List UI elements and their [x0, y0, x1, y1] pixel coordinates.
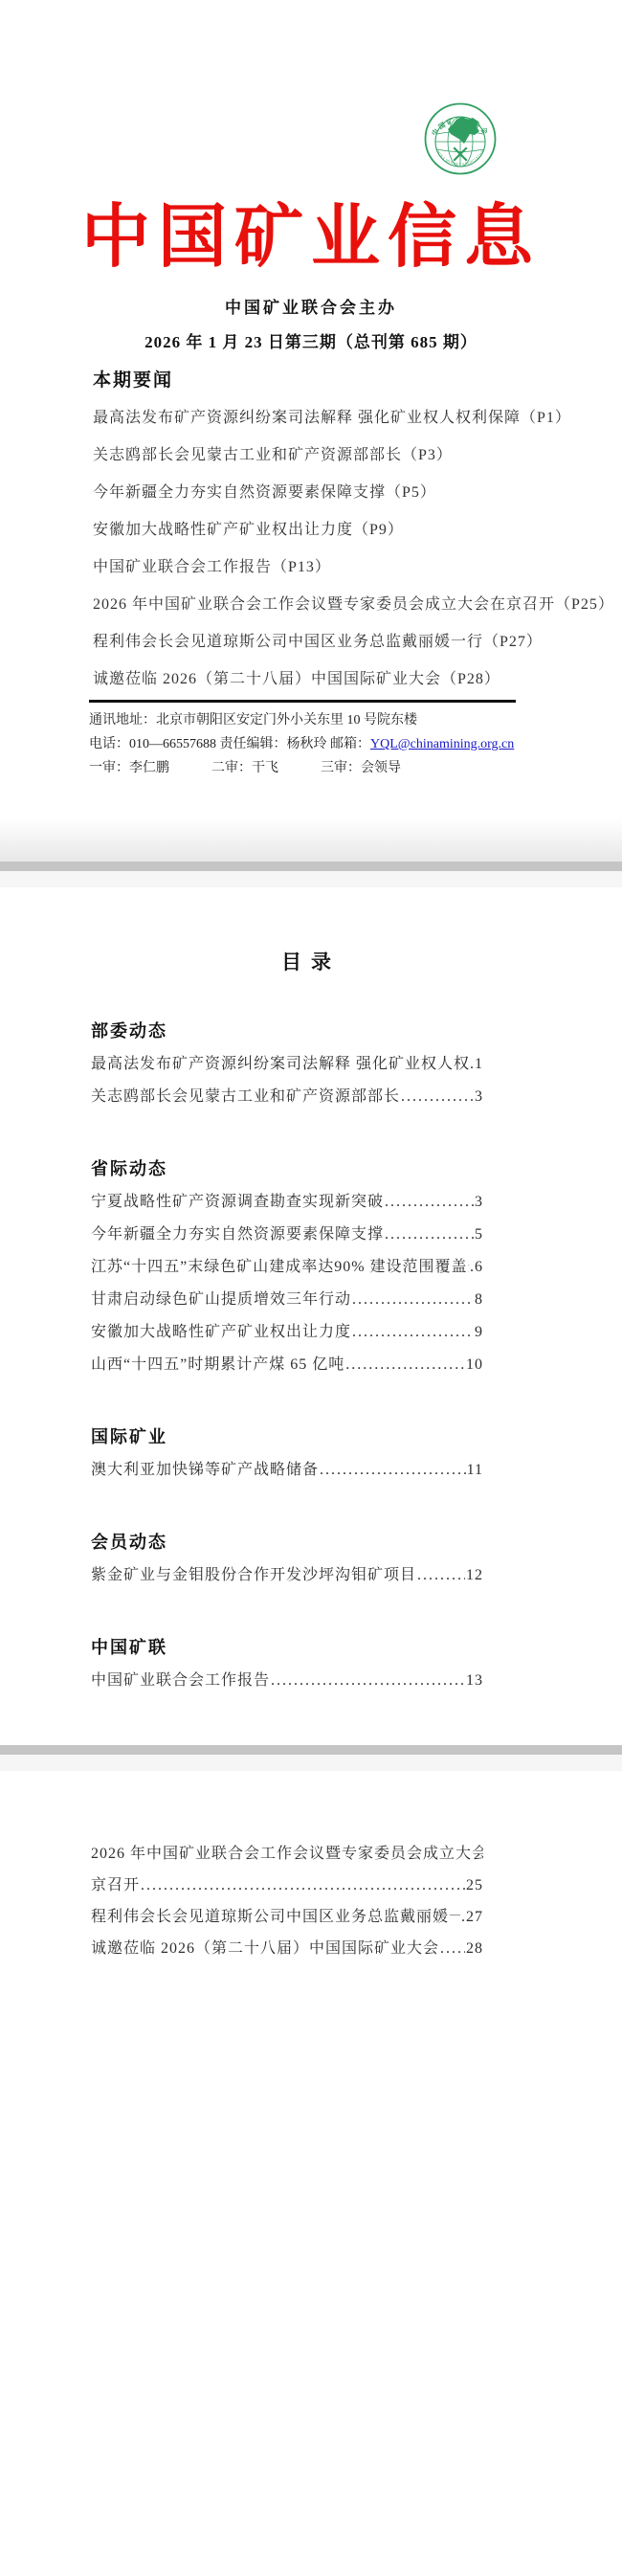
separator-band	[0, 862, 622, 871]
toc-page-number: 5	[475, 1219, 483, 1251]
toc-entry: 安徽加大战略性矿产矿业权出让力度........................…	[91, 1316, 483, 1349]
toc-entry: 最高法发布矿产资源纠纷案司法解释 强化矿业权人权利保障.............…	[91, 1048, 483, 1081]
dot-leader: ........................................…	[417, 1559, 465, 1592]
toc-entry-title: 诚邀莅临 2026（第二十八届）中国国际矿业大会	[91, 1933, 439, 1964]
publication-title: 中国矿业信息	[0, 0, 622, 280]
toc-continued-page: 2026 年中国矿业联合会工作会议暨专家委员会成立大会在京召开.........…	[0, 1771, 622, 2576]
highlight-item: 关志鸥部长会见蒙古工业和矿产资源部部长（P3）	[93, 437, 504, 474]
toc-sections: 部委动态最高法发布矿产资源纠纷案司法解释 强化矿业权人权利保障.........…	[91, 1018, 483, 1697]
toc-page: 目录 部委动态最高法发布矿产资源纠纷案司法解释 强化矿业权人权利保障......…	[0, 887, 622, 1745]
toc-entry-title: 澳大利亚加快锑等矿产战略储备	[91, 1454, 319, 1487]
toc-page-number: 27	[466, 1901, 483, 1933]
page-separator-1	[0, 818, 622, 887]
highlight-item: 中国矿业联合会工作报告（P13）	[93, 549, 504, 586]
dot-leader: ........................................…	[345, 1349, 465, 1381]
highlight-item: 2026 年中国矿业联合会工作会议暨专家委员会成立大会在京召开（P25）	[93, 586, 504, 623]
toc-entry-title: 最高法发布矿产资源纠纷案司法解释 强化矿业权人权利保障	[91, 1048, 469, 1081]
phone-editor-line: 电话：010—66557688 责任编辑：杨秋玲 邮箱：YQL@chinamin…	[89, 732, 516, 756]
toc-entry-title: 宁夏战略性矿产资源调查勘查实现新突破	[91, 1186, 384, 1219]
toc-page-number: 9	[475, 1316, 483, 1349]
toc-section-entries: 宁夏战略性矿产资源调查勘查实现新突破......................…	[91, 1186, 483, 1381]
toc-entry: 2026 年中国矿业联合会工作会议暨专家委员会成立大会在	[91, 1838, 483, 1870]
toc-entry-title: 今年新疆全力夯实自然资源要素保障支撑	[91, 1219, 384, 1251]
toc-entry-title: 甘肃启动绿色矿山提质增效三年行动	[91, 1284, 351, 1316]
highlight-item: 最高法发布矿产资源纠纷案司法解释 强化矿业权人权利保障（P1）	[93, 399, 504, 437]
toc-section: 部委动态最高法发布矿产资源纠纷案司法解释 强化矿业权人权利保障.........…	[91, 1018, 483, 1113]
reviewer-item: 二审：干飞	[211, 756, 278, 780]
issue-date-line: 2026 年 1 月 23 日第三期（总刊第 685 期）	[0, 328, 622, 352]
toc-section-heading: 部委动态	[91, 1018, 483, 1042]
dot-leader: ........................................…	[461, 1901, 465, 1933]
toc-page-number: 3	[475, 1081, 483, 1113]
reviewer-item: 一审：李仁鹏	[89, 756, 169, 780]
toc-entry: 紫金矿业与金钼股份合作开发沙坪沟钼矿项目....................…	[91, 1559, 483, 1592]
toc-entry: 甘肃启动绿色矿山提质增效三年行动........................…	[91, 1284, 483, 1316]
toc-entry-title: 京召开	[91, 1870, 140, 1901]
toc-section-entries: 澳大利亚加快锑等矿产战略储备..........................…	[91, 1454, 483, 1487]
dot-leader: ........................................…	[352, 1316, 474, 1349]
toc-entry-title: 安徽加大战略性矿产矿业权出让力度	[91, 1316, 351, 1349]
highlights-heading: 本期要闻	[93, 366, 504, 392]
toc-entry-title: 关志鸥部长会见蒙古工业和矿产资源部部长	[91, 1081, 400, 1113]
dot-leader: ........................................…	[440, 1933, 465, 1964]
toc-section: 国际矿业澳大利亚加快锑等矿产战略储备......................…	[91, 1423, 483, 1487]
toc-section-heading: 会员动态	[91, 1529, 483, 1554]
contact-box: 通讯地址：北京市朝阳区安定门外小关东里 10 号院东楼 电话：010—66557…	[89, 700, 516, 780]
highlight-item: 诚邀莅临 2026（第二十八届）中国国际矿业大会（P28）	[93, 661, 504, 698]
toc-entry: 今年新疆全力夯实自然资源要素保障支撑......................…	[91, 1219, 483, 1251]
toc-entry: 宁夏战略性矿产资源调查勘查实现新突破......................…	[91, 1186, 483, 1219]
toc-page-number: 12	[466, 1559, 483, 1592]
toc-entry-title: 江苏“十四五”末绿色矿山建成率达90% 建设范围覆盖全部矿种	[91, 1251, 469, 1284]
toc-entry: 中国矿业联合会工作报告.............................…	[91, 1665, 483, 1697]
toc-section-heading: 国际矿业	[91, 1423, 483, 1448]
toc-entry: 诚邀莅临 2026（第二十八届）中国国际矿业大会................…	[91, 1933, 483, 1964]
toc-section-entries: 紫金矿业与金钼股份合作开发沙坪沟钼矿项目....................…	[91, 1559, 483, 1592]
toc-page-number: 6	[475, 1251, 483, 1284]
highlight-item: 程利伟会长会见道琼斯公司中国区业务总监戴丽媛一行（P27）	[93, 623, 504, 661]
toc-page-number: 28	[466, 1933, 483, 1964]
toc-entry-title: 紫金矿业与金钼股份合作开发沙坪沟钼矿项目	[91, 1559, 416, 1592]
toc-page-number: 11	[467, 1454, 483, 1487]
toc-section-entries: 中国矿业联合会工作报告.............................…	[91, 1665, 483, 1697]
page-shadow	[0, 818, 622, 862]
separator-band	[0, 1745, 622, 1755]
organizer-line: 中国矿业联合会主办	[0, 294, 622, 318]
page-separator-2	[0, 1745, 622, 1771]
toc-page-number: 3	[475, 1186, 483, 1219]
dot-leader: ........................................…	[401, 1081, 474, 1113]
toc-entry: 程利伟会长会见道琼斯公司中国区业务总监戴丽媛一行................…	[91, 1901, 483, 1933]
toc-entry: 澳大利亚加快锑等矿产战略储备..........................…	[91, 1454, 483, 1487]
toc-entry: 江苏“十四五”末绿色矿山建成率达90% 建设范围覆盖全部矿种..........…	[91, 1251, 483, 1284]
toc-entry-title: 程利伟会长会见道琼斯公司中国区业务总监戴丽媛一行	[91, 1901, 460, 1933]
toc-page-number: 10	[466, 1349, 483, 1381]
toc-page-number: 1	[475, 1048, 483, 1081]
highlights-section: 本期要闻 最高法发布矿产资源纠纷案司法解释 强化矿业权人权利保障（P1）关志鸥部…	[93, 366, 504, 698]
dot-leader: ........................................…	[271, 1665, 465, 1697]
toc-title: 目录	[0, 887, 622, 975]
dot-leader: ........................................…	[470, 1251, 474, 1284]
dot-leader: ........................................…	[470, 1048, 474, 1081]
email-link[interactable]: YQL@chinamining.org.cn	[370, 737, 514, 751]
toc-entry-title: 中国矿业联合会工作报告	[91, 1665, 270, 1697]
toc-page-number: 13	[466, 1665, 483, 1697]
toc-section-entries: 最高法发布矿产资源纠纷案司法解释 强化矿业权人权利保障.............…	[91, 1048, 483, 1113]
highlight-item: 今年新疆全力夯实自然资源要素保障支撑（P5）	[93, 474, 504, 511]
reviewers-line: 一审：李仁鹏二审：干飞三审：会领导	[89, 756, 516, 780]
separator-strip	[0, 871, 622, 887]
toc-entry-title: 2026 年中国矿业联合会工作会议暨专家委员会成立大会在	[91, 1838, 483, 1870]
toc-section: 省际动态宁夏战略性矿产资源调查勘查实现新突破..................…	[91, 1155, 483, 1381]
dot-leader: ........................................…	[385, 1219, 474, 1251]
toc-section-heading: 省际动态	[91, 1155, 483, 1180]
toc-section: 中国矿联中国矿业联合会工作报告.........................…	[91, 1634, 483, 1697]
address-line: 通讯地址：北京市朝阳区安定门外小关东里 10 号院东楼	[89, 708, 516, 732]
dot-leader: ........................................…	[320, 1454, 466, 1487]
china-mining-association-logo-icon: 中国矿业联合会 CHINA MINING ASSOCIATION	[424, 102, 497, 175]
toc-section: 会员动态紫金矿业与金钼股份合作开发沙坪沟钼矿项目................…	[91, 1529, 483, 1592]
dot-leader: ........................................…	[141, 1870, 465, 1901]
cover-page: 中国矿业联合会 CHINA MINING ASSOCIATION 中国矿业信息 …	[0, 0, 622, 818]
reviewer-item: 三审：会领导	[321, 756, 401, 780]
dot-leader: ........................................…	[352, 1284, 474, 1316]
toc-entry: 京召开.....................................…	[91, 1870, 483, 1901]
phone-editor-prefix: 电话：010—66557688 责任编辑：杨秋玲 邮箱：	[89, 737, 370, 751]
toc-entry-title: 山西“十四五”时期累计产煤 65 亿吨	[91, 1349, 344, 1381]
separator-strip	[0, 1755, 622, 1771]
highlights-list: 最高法发布矿产资源纠纷案司法解释 强化矿业权人权利保障（P1）关志鸥部长会见蒙古…	[93, 399, 504, 698]
highlight-item: 安徽加大战略性矿产矿业权出让力度（P9）	[93, 511, 504, 549]
toc-continued-list: 2026 年中国矿业联合会工作会议暨专家委员会成立大会在京召开.........…	[91, 1771, 483, 1964]
toc-entry: 关志鸥部长会见蒙古工业和矿产资源部部长.....................…	[91, 1081, 483, 1113]
toc-page-number: 8	[475, 1284, 483, 1316]
toc-section-heading: 中国矿联	[91, 1634, 483, 1659]
dot-leader: ........................................…	[385, 1186, 474, 1219]
toc-entry: 山西“十四五”时期累计产煤 65 亿吨.....................…	[91, 1349, 483, 1381]
toc-page-number: 25	[466, 1870, 483, 1901]
